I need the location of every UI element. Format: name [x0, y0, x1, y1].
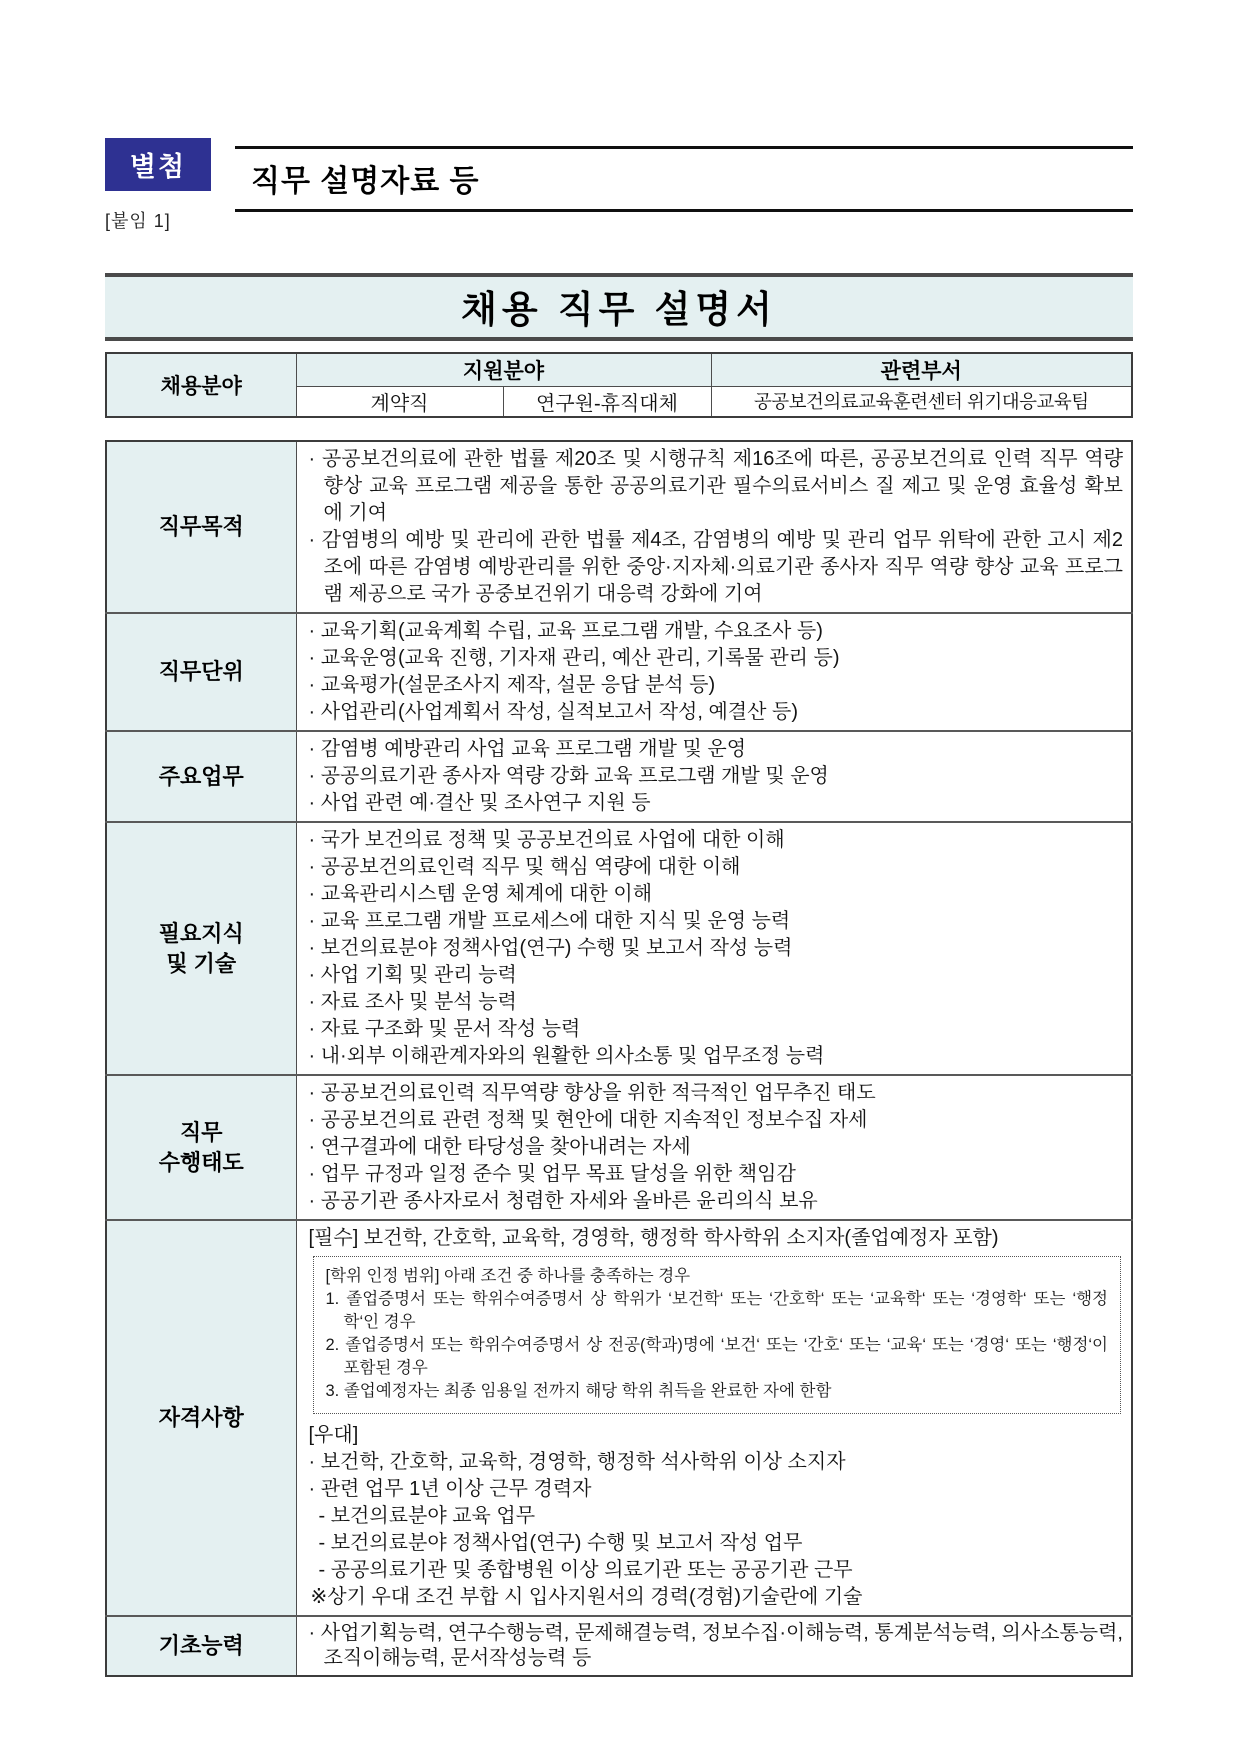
apply-type-cell: 계약직: [296, 386, 503, 417]
bullet-line: · 사업관리(사업계획서 작성, 실적보고서 작성, 예결산 등): [309, 699, 1124, 726]
bullet-line: · 교육평가(설문조사지 제작, 설문 응답 분석 등): [309, 672, 1124, 699]
basic-skills-label: 기초능력: [106, 1616, 296, 1676]
job-table: 직무목적 · 공공보건의료에 관한 법률 제20조 및 시행규칙 제16조에 따…: [105, 440, 1133, 1677]
section-heading-rule: 직무 설명자료 등: [235, 146, 1133, 212]
recruit-field-header: 채용분야: [106, 353, 296, 417]
bullet-line: · 사업기획능력, 연구수행능력, 문제해결능력, 정보수집·이해능력, 통계분…: [309, 1621, 1124, 1671]
bullet-line: · 자료 조사 및 분석 능력: [309, 989, 1124, 1016]
job-units-label: 직무단위: [106, 613, 296, 731]
job-table-wrap: 직무목적 · 공공보건의료에 관한 법률 제20조 및 시행규칙 제16조에 따…: [105, 440, 1133, 1677]
attachment-note: [붙임 1]: [105, 207, 171, 233]
job-purpose-content: · 공공보건의료에 관한 법률 제20조 및 시행규칙 제16조에 따른, 공공…: [296, 441, 1132, 613]
apply-field-header: 지원분야: [296, 353, 711, 386]
preferred-sub-line: - 보건의료분야 정책사업(연구) 수행 및 보고서 작성 업무: [309, 1530, 1124, 1557]
document-title: 채용 직무 설명서: [105, 277, 1133, 337]
row-main-duties: 주요업무 · 감염병 예방관리 사업 교육 프로그램 개발 및 운영 · 공공의…: [106, 731, 1132, 822]
bullet-line: · 사업 관련 예·결산 및 조사연구 지원 등: [309, 790, 1124, 817]
main-duties-content: · 감염병 예방관리 사업 교육 프로그램 개발 및 운영 · 공공의료기관 종…: [296, 731, 1132, 822]
bullet-line: · 교육기획(교육계획 수립, 교육 프로그램 개발, 수요조사 등): [309, 618, 1124, 645]
apply-position-cell: 연구원-휴직대체: [503, 386, 711, 417]
recruit-table: 채용분야 지원분야 관련부서 계약직 연구원-휴직대체 공공보건의료교육훈련센터…: [105, 352, 1133, 418]
bullet-line: · 보건의료분야 정책사업(연구) 수행 및 보고서 작성 능력: [309, 935, 1124, 962]
recruit-table-wrap: 채용분야 지원분야 관련부서 계약직 연구원-휴직대체 공공보건의료교육훈련센터…: [105, 352, 1133, 418]
section-heading: 직무 설명자료 등: [235, 149, 1133, 209]
degree-box-title: [학위 인정 범위] 아래 조건 중 하나를 충족하는 경우: [326, 1265, 1109, 1288]
row-qualifications: 자격사항 [필수] 보건학, 간호학, 교육학, 경영학, 행정학 학사학위 소…: [106, 1220, 1132, 1616]
bullet-line: · 감염병의 예방 및 관리에 관한 법률 제4조, 감염병의 예방 및 관리 …: [309, 527, 1124, 608]
job-attitude-label: 직무 수행태도: [106, 1075, 296, 1220]
preferred-line: · 관련 업무 1년 이상 근무 경력자: [309, 1476, 1124, 1503]
row-job-purpose: 직무목적 · 공공보건의료에 관한 법률 제20조 및 시행규칙 제16조에 따…: [106, 441, 1132, 613]
top-header: 별첨 직무 설명자료 등: [105, 138, 1133, 212]
bullet-line: · 공공보건의료에 관한 법률 제20조 및 시행규칙 제16조에 따른, 공공…: [309, 446, 1124, 527]
preferred-label: [우대]: [309, 1422, 1124, 1449]
bullet-line: · 자료 구조화 및 문서 작성 능력: [309, 1016, 1124, 1043]
degree-box-item: 3. 졸업예정자는 최종 임용일 전까지 해당 학위 취득을 완료한 자에 한함: [326, 1380, 1109, 1403]
bullet-line: · 공공보건의료 관련 정책 및 현안에 대한 지속적인 정보수집 자세: [309, 1107, 1124, 1134]
bullet-line: · 공공의료기관 종사자 역량 강화 교육 프로그램 개발 및 운영: [309, 763, 1124, 790]
attachment-badge: 별첨: [105, 138, 211, 191]
related-dept-header: 관련부서: [711, 353, 1132, 386]
bullet-line: · 감염병 예방관리 사업 교육 프로그램 개발 및 운영: [309, 736, 1124, 763]
recruit-header-row: 채용분야 지원분야 관련부서: [106, 353, 1132, 386]
job-purpose-label: 직무목적: [106, 441, 296, 613]
knowledge-skills-content: · 국가 보건의료 정책 및 공공보건의료 사업에 대한 이해 · 공공보건의료…: [296, 822, 1132, 1075]
job-units-content: · 교육기획(교육계획 수립, 교육 프로그램 개발, 수요조사 등) · 교육…: [296, 613, 1132, 731]
bullet-line: · 내·외부 이해관계자와의 원활한 의사소통 및 업무조정 능력: [309, 1043, 1124, 1070]
basic-skills-content: · 사업기획능력, 연구수행능력, 문제해결능력, 정보수집·이해능력, 통계분…: [296, 1616, 1132, 1676]
bullet-line: · 국가 보건의료 정책 및 공공보건의료 사업에 대한 이해: [309, 827, 1124, 854]
knowledge-skills-label: 필요지식 및 기술: [106, 822, 296, 1075]
degree-box-item: 1. 졸업증명서 또는 학위수여증명서 상 학위가 ‘보건학‘ 또는 ‘간호학‘…: [326, 1288, 1109, 1334]
row-knowledge-skills: 필요지식 및 기술 · 국가 보건의료 정책 및 공공보건의료 사업에 대한 이…: [106, 822, 1132, 1075]
required-line: [필수] 보건학, 간호학, 교육학, 경영학, 행정학 학사학위 소지자(졸업…: [309, 1225, 1124, 1252]
bullet-line: · 사업 기획 및 관리 능력: [309, 962, 1124, 989]
related-dept-cell: 공공보건의료교육훈련센터 위기대응교육팀: [711, 386, 1132, 417]
row-basic-skills: 기초능력 · 사업기획능력, 연구수행능력, 문제해결능력, 정보수집·이해능력…: [106, 1616, 1132, 1676]
bullet-line: · 공공보건의료인력 직무역량 향상을 위한 적극적인 업무추진 태도: [309, 1080, 1124, 1107]
qualifications-content: [필수] 보건학, 간호학, 교육학, 경영학, 행정학 학사학위 소지자(졸업…: [296, 1220, 1132, 1616]
row-job-units: 직무단위 · 교육기획(교육계획 수립, 교육 프로그램 개발, 수요조사 등)…: [106, 613, 1132, 731]
bullet-line: · 교육운영(교육 진행, 기자재 관리, 예산 관리, 기록물 관리 등): [309, 645, 1124, 672]
document-page: 별첨 직무 설명자료 등 [붙임 1] 채용 직무 설명서 채용분야 지원분야 …: [0, 0, 1239, 1752]
bullet-line: · 교육 프로그램 개발 프로세스에 대한 지식 및 운영 능력: [309, 908, 1124, 935]
job-attitude-content: · 공공보건의료인력 직무역량 향상을 위한 적극적인 업무추진 태도 · 공공…: [296, 1075, 1132, 1220]
preferred-sub-line: - 보건의료분야 교육 업무: [309, 1503, 1124, 1530]
row-job-attitude: 직무 수행태도 · 공공보건의료인력 직무역량 향상을 위한 적극적인 업무추진…: [106, 1075, 1132, 1220]
bullet-line: · 교육관리시스템 운영 체계에 대한 이해: [309, 881, 1124, 908]
degree-box-item: 2. 졸업증명서 또는 학위수여증명서 상 전공(학과)명에 ‘보건‘ 또는 ‘…: [326, 1334, 1109, 1380]
main-duties-label: 주요업무: [106, 731, 296, 822]
bullet-line: · 업무 규정과 일정 준수 및 업무 목표 달성을 위한 책임감: [309, 1161, 1124, 1188]
bullet-line: · 공공기관 종사자로서 청렴한 자세와 올바른 윤리의식 보유: [309, 1188, 1124, 1215]
preferred-line: · 보건학, 간호학, 교육학, 경영학, 행정학 석사학위 이상 소지자: [309, 1449, 1124, 1476]
preferred-sub-line: - 공공의료기관 및 종합병원 이상 의료기관 또는 공공기관 근무: [309, 1557, 1124, 1584]
bullet-line: · 연구결과에 대한 타당성을 찾아내려는 자세: [309, 1134, 1124, 1161]
document-title-bar: 채용 직무 설명서: [105, 273, 1133, 341]
degree-recognition-box: [학위 인정 범위] 아래 조건 중 하나를 충족하는 경우 1. 졸업증명서 …: [313, 1256, 1122, 1414]
preferred-note: ※상기 우대 조건 부합 시 입사지원서의 경력(경험)기술란에 기술: [309, 1584, 1124, 1611]
qualifications-label: 자격사항: [106, 1220, 296, 1616]
bullet-line: · 공공보건의료인력 직무 및 핵심 역량에 대한 이해: [309, 854, 1124, 881]
